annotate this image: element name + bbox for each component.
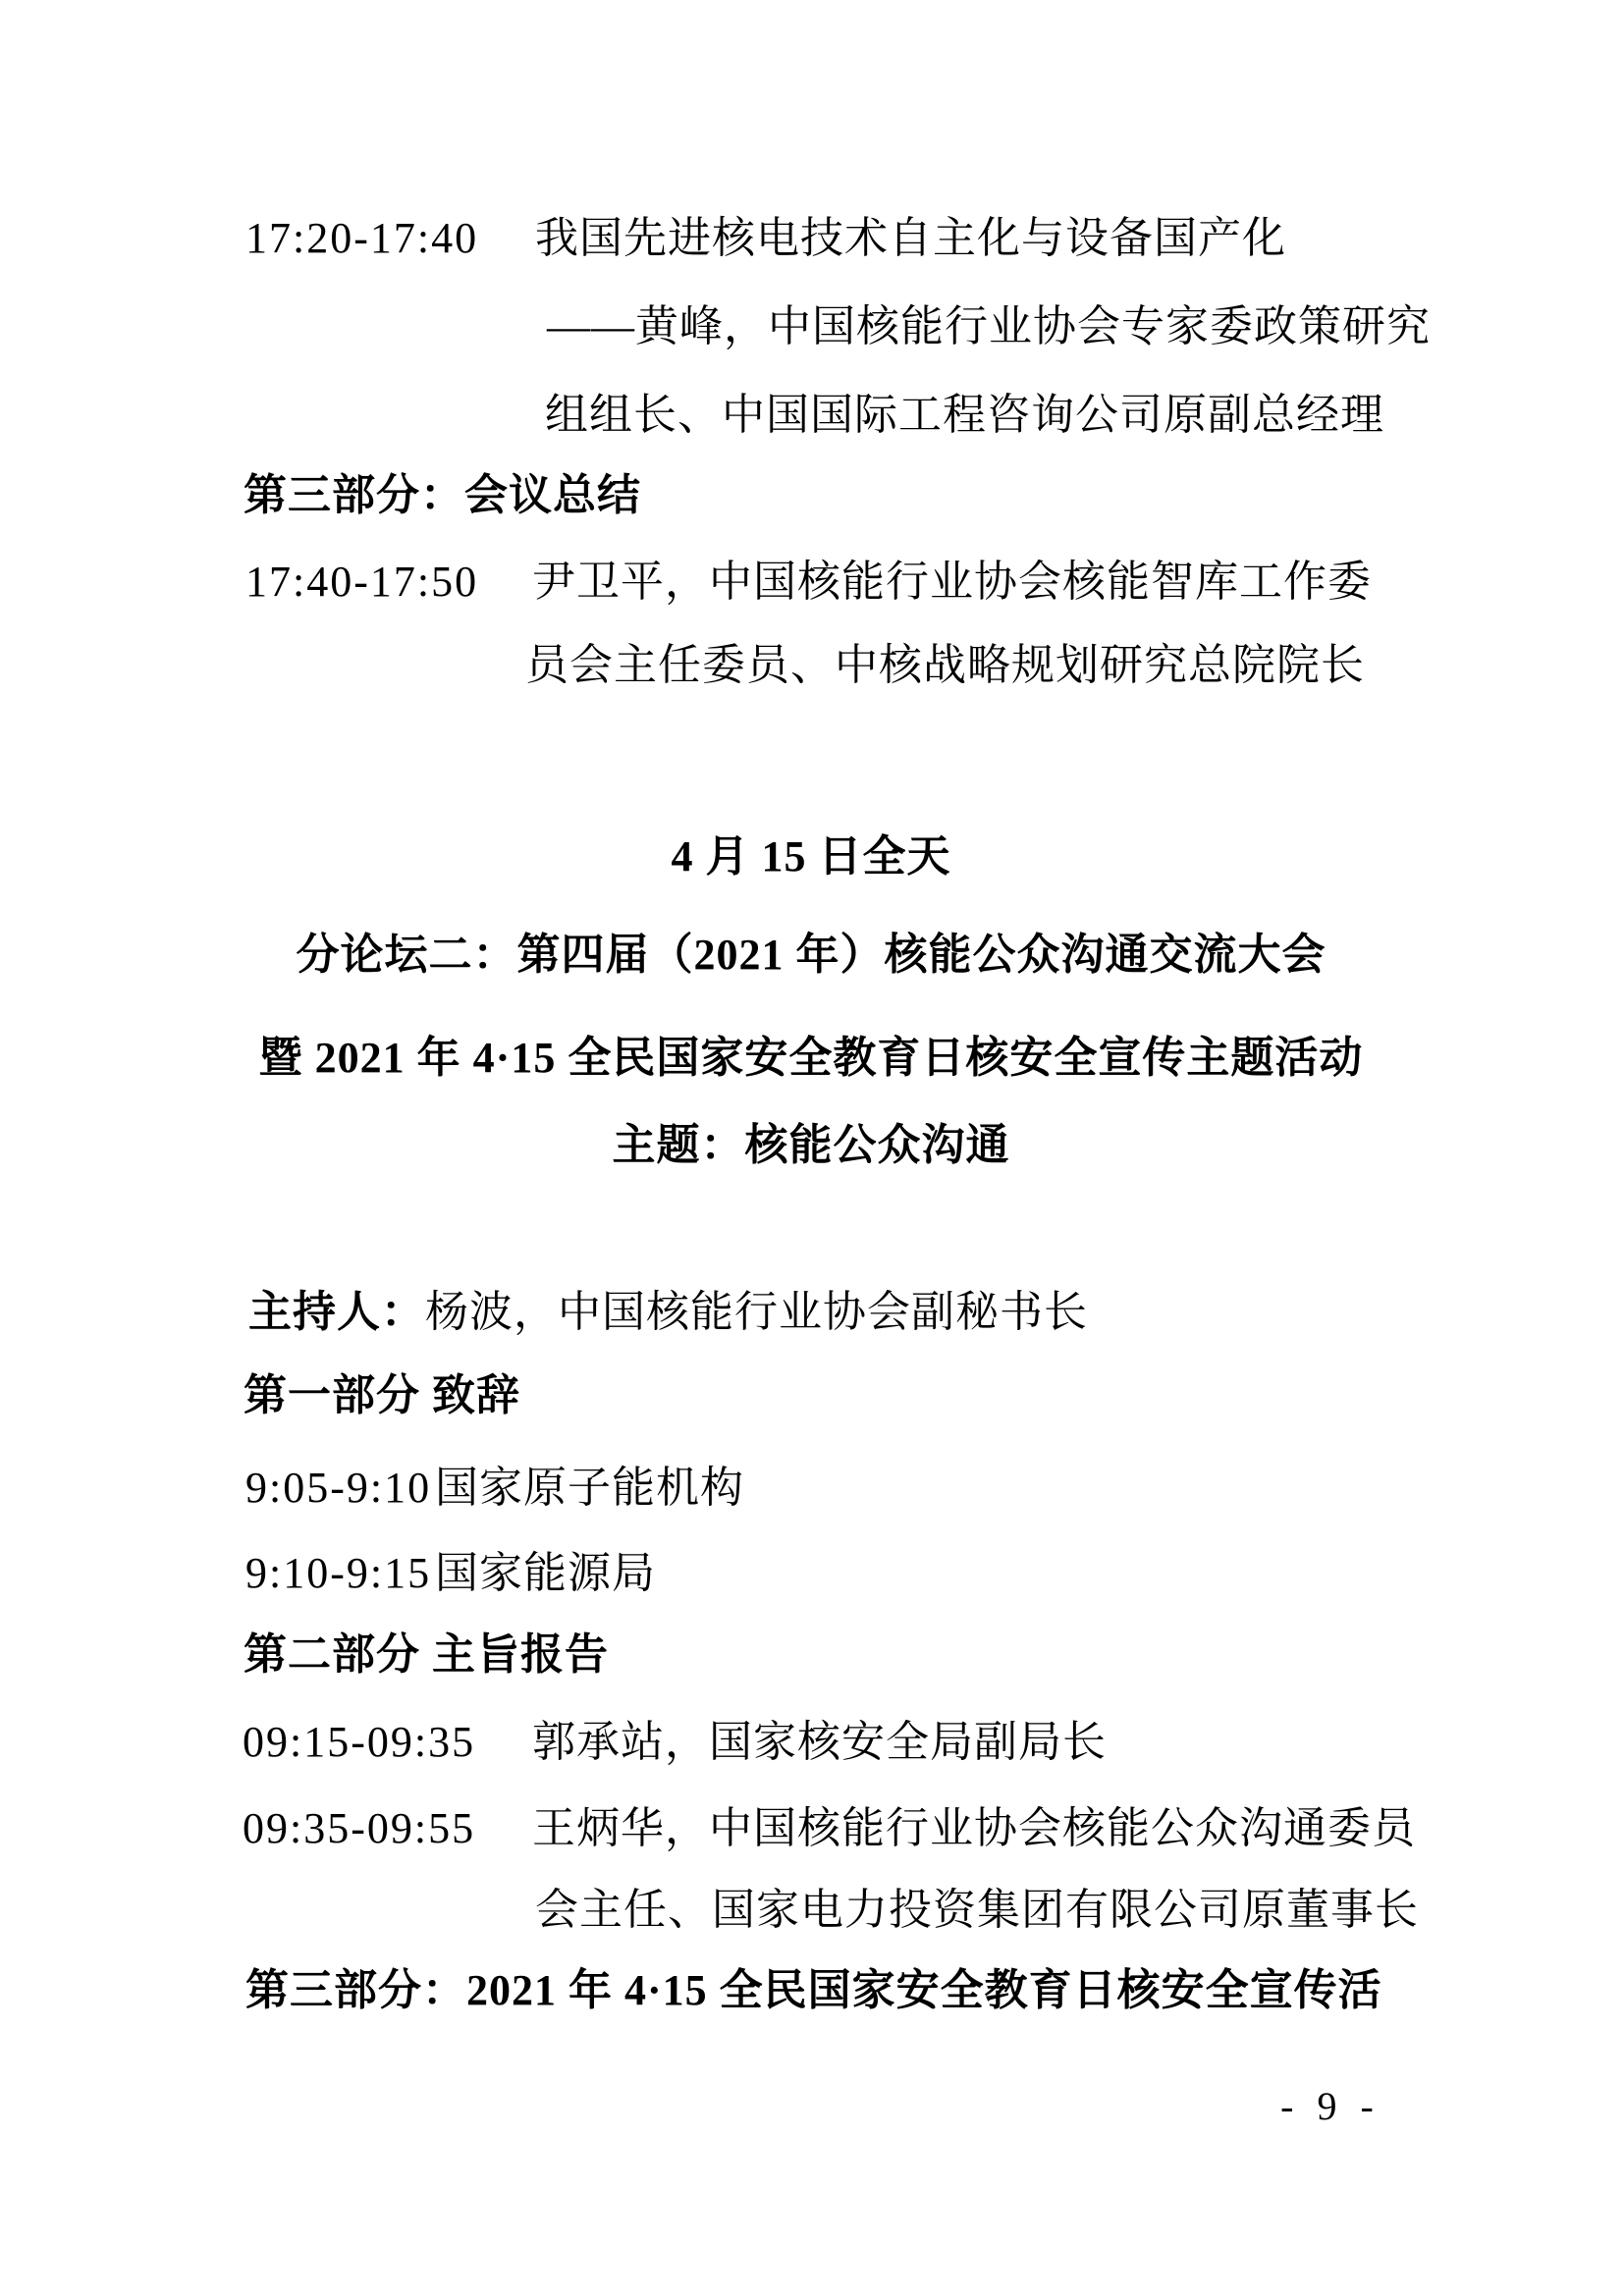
agenda-text-1740-line2: 员会主任委员、中核战略规划研究总院院长 xyxy=(525,641,1365,689)
agenda-page: 17:20-17:40我国先进核电技术自主化与设备国产化 ——黄峰，中国核能行业… xyxy=(0,0,1624,2296)
agenda-row-0910: 9:10-9:15国家能源局 xyxy=(245,1549,656,1597)
forum2-title-line2: 暨 2021 年 4·15 全民国家安全教育日核安全宣传主题活动 xyxy=(245,1034,1377,1082)
agenda-time-1720: 17:20-17:40 xyxy=(245,214,535,262)
agenda-row-0915: 09:15-09:35郭承站，国家核安全局副局长 xyxy=(243,1718,1107,1766)
agenda-time-0910: 9:10-9:15 xyxy=(245,1549,435,1597)
agenda-row-0905: 9:05-9:10国家原子能机构 xyxy=(245,1464,744,1512)
forum2-part3-heading: 第三部分：2021 年 4·15 全民国家安全教育日核安全宣传活 xyxy=(245,1966,1382,2014)
agenda-text-1740-line1: 尹卫平，中国核能行业协会核能智库工作委 xyxy=(532,558,1372,606)
forum2-theme-heading: 主题：核能公众沟通 xyxy=(245,1121,1377,1169)
agenda-speaker-line2: 组组长、中国国际工程咨询公司原副总经理 xyxy=(545,391,1384,439)
forum2-part2-heading: 第二部分 主旨报告 xyxy=(244,1630,609,1679)
forum2-title-line1: 分论坛二：第四届（2021 年）核能公众沟通交流大会 xyxy=(245,931,1377,979)
forum1-part3-heading: 第三部分：会议总结 xyxy=(244,471,641,519)
agenda-title-1720: 我国先进核电技术自主化与设备国产化 xyxy=(535,214,1286,262)
page-number: - 9 - xyxy=(1262,2083,1399,2129)
forum2-host-label: 主持人： xyxy=(248,1288,425,1336)
agenda-text-0935-line1: 王炳华，中国核能行业协会核能公众沟通委员 xyxy=(532,1804,1416,1852)
forum2-host-name: 杨波，中国核能行业协会副秘书长 xyxy=(425,1288,1088,1336)
forum2-part1-heading: 第一部分 致辞 xyxy=(244,1371,520,1419)
forum2-date-heading: 4 月 15 日全天 xyxy=(245,832,1377,881)
agenda-text-0905: 国家原子能机构 xyxy=(435,1464,744,1512)
agenda-row-0935: 09:35-09:55王炳华，中国核能行业协会核能公众沟通委员 xyxy=(243,1804,1416,1852)
agenda-text-0915: 郭承站，国家核安全局副局长 xyxy=(532,1718,1107,1766)
forum2-host-row: 主持人：杨波，中国核能行业协会副秘书长 xyxy=(248,1288,1088,1336)
agenda-text-0910: 国家能源局 xyxy=(435,1549,656,1597)
agenda-text-0935-line2: 会主任、国家电力投资集团有限公司原董事长 xyxy=(535,1886,1419,1934)
agenda-time-0935: 09:35-09:55 xyxy=(243,1804,532,1852)
agenda-time-0905: 9:05-9:10 xyxy=(245,1464,435,1512)
agenda-speaker-line1: ——黄峰，中国核能行业协会专家委政策研究 xyxy=(547,302,1431,350)
agenda-row-1720: 17:20-17:40我国先进核电技术自主化与设备国产化 xyxy=(245,214,1286,262)
agenda-row-1740: 17:40-17:50尹卫平，中国核能行业协会核能智库工作委 xyxy=(245,558,1372,606)
agenda-time-0915: 09:15-09:35 xyxy=(243,1718,532,1766)
agenda-time-1740: 17:40-17:50 xyxy=(245,558,532,606)
